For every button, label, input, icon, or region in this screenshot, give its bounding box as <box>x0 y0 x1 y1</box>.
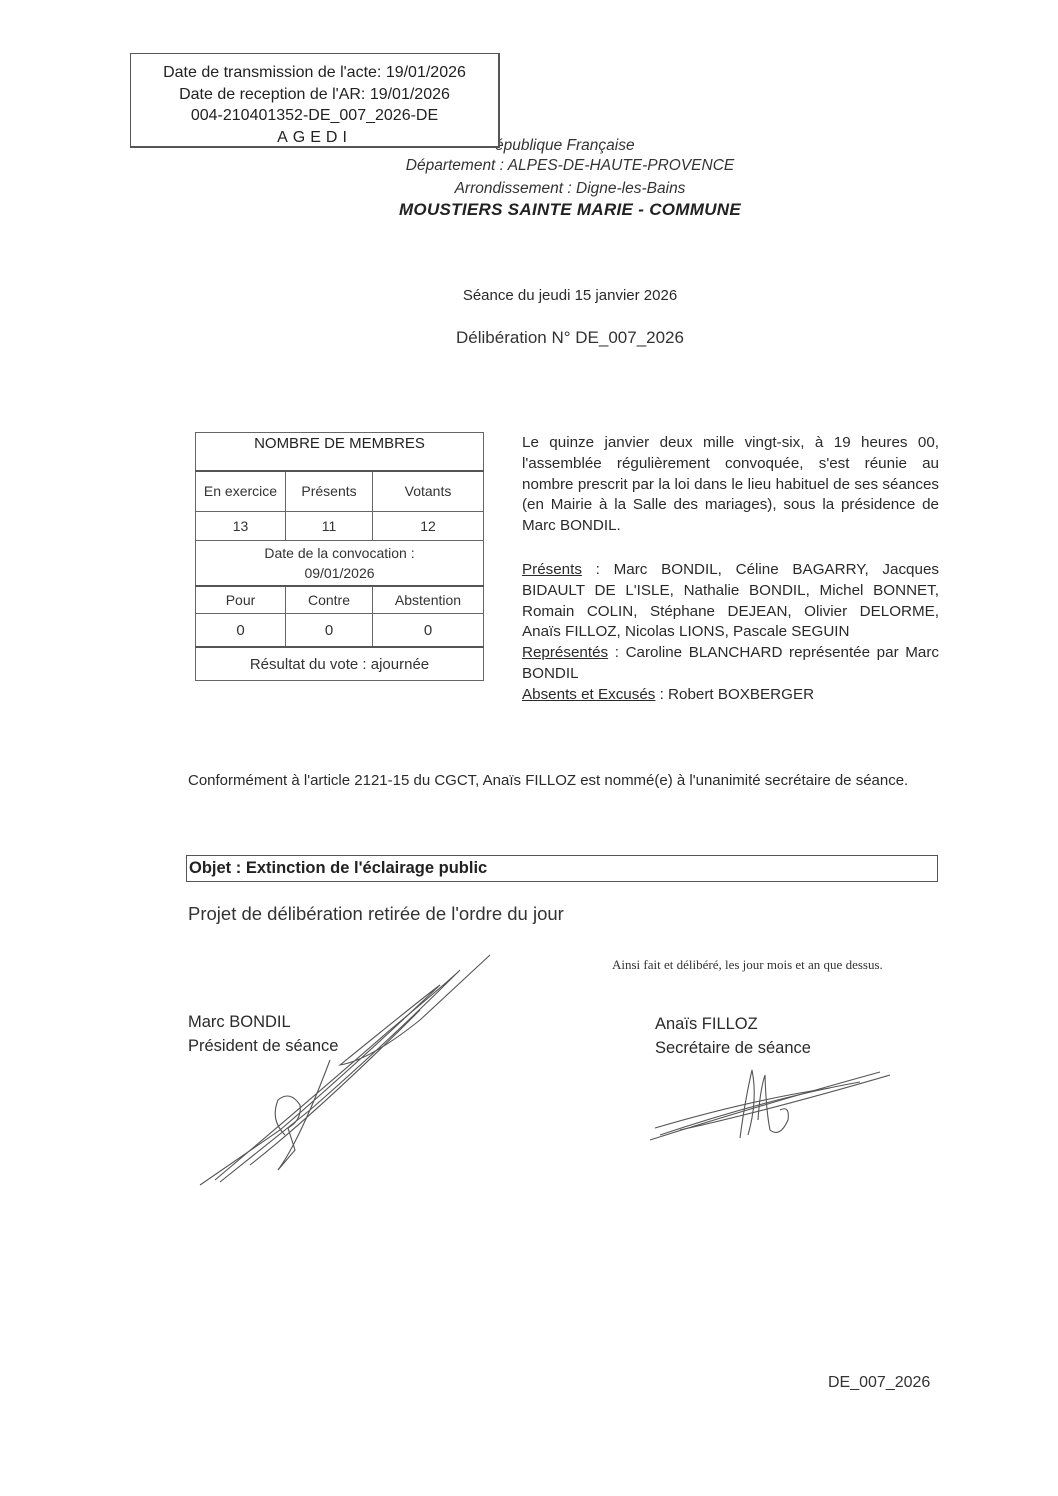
presents-line: Présents : Marc BONDIL, Céline BAGARRY, … <box>522 560 939 643</box>
header-pour: Pour <box>196 586 286 614</box>
agedi-label: AGEDI <box>131 127 498 149</box>
deliberation-number: Délibération N° DE_007_2026 <box>400 328 740 348</box>
intro-paragraph: Le quinze janvier deux mille vingt-six, … <box>522 433 939 537</box>
convocation-date: 09/01/2026 <box>196 563 483 583</box>
header-contre: Contre <box>286 586 373 614</box>
absents-label: Absents et Excusés <box>522 686 655 703</box>
departement: Département : ALPES-DE-HAUTE-PROVENCE <box>380 157 760 175</box>
vote-result: Résultat du vote : ajournée <box>196 647 484 681</box>
value-abstention: 0 <box>373 614 484 648</box>
seance-date: Séance du jeudi 15 janvier 2026 <box>400 287 740 304</box>
absents-line: Absents et Excusés : Robert BOXBERGER <box>522 685 939 706</box>
secretary-name: Anaïs FILLOZ <box>655 1012 811 1036</box>
value-presents: 11 <box>286 512 373 541</box>
header-votants: Votants <box>373 471 484 512</box>
secretary-signature-block: Anaïs FILLOZ Secrétaire de séance <box>655 1012 811 1060</box>
absents-list: : Robert BOXBERGER <box>655 686 814 703</box>
value-en-exercice: 13 <box>196 512 286 541</box>
header-presents: Présents <box>286 471 373 512</box>
members-table-title: NOMBRE DE MEMBRES <box>196 433 484 472</box>
act-reference: 004-210401352-DE_007_2026-DE <box>131 105 498 127</box>
secretary-nomination: Conformément à l'article 2121-15 du CGCT… <box>188 770 940 791</box>
attendance-block: Présents : Marc BONDIL, Céline BAGARRY, … <box>522 560 939 706</box>
presents-label: Présents <box>522 561 582 578</box>
value-pour: 0 <box>196 614 286 648</box>
projet-statement: Projet de délibération retirée de l'ordr… <box>188 903 564 925</box>
value-contre: 0 <box>286 614 373 648</box>
representes-line: Représentés : Caroline BLANCHARD représe… <box>522 643 939 685</box>
footer-reference: DE_007_2026 <box>828 1374 930 1392</box>
convocation-label: Date de la convocation : <box>196 543 483 563</box>
secretary-role: Secrétaire de séance <box>655 1036 811 1060</box>
reception-date: Date de reception de l'AR: 19/01/2026 <box>131 84 498 106</box>
representes-label: Représentés <box>522 644 608 661</box>
president-signature-icon <box>190 950 510 1190</box>
presents-list: : Marc BONDIL, Céline BAGARRY, Jacques B… <box>522 561 939 640</box>
commune-title: MOUSTIERS SAINTE MARIE - COMMUNE <box>380 200 760 220</box>
objet-box: Objet : Extinction de l'éclairage public <box>186 855 938 882</box>
value-votants: 12 <box>373 512 484 541</box>
members-table: NOMBRE DE MEMBRES En exercice Présents V… <box>195 432 484 681</box>
transmission-stamp: Date de transmission de l'acte: 19/01/20… <box>130 53 500 148</box>
secretary-signature-icon <box>640 1060 900 1150</box>
header-abstention: Abstention <box>373 586 484 614</box>
transmission-date: Date de transmission de l'acte: 19/01/20… <box>131 62 498 84</box>
header-en-exercice: En exercice <box>196 471 286 512</box>
ainsi-fait: Ainsi fait et délibéré, les jour mois et… <box>612 957 883 973</box>
arrondissement: Arrondissement : Digne-les-Bains <box>380 180 760 198</box>
convocation-cell: Date de la convocation : 09/01/2026 <box>196 541 484 587</box>
